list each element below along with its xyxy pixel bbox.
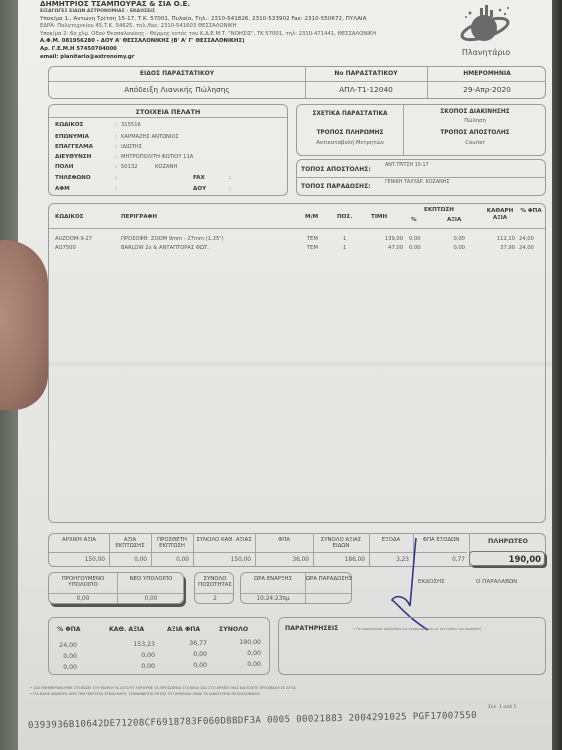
header-discount: ΕΚΠΤΩΣΗ — [409, 207, 469, 214]
header-price: ΤΙΜΗ — [371, 214, 387, 221]
item-qty: 1 — [343, 245, 346, 251]
delivery-time-label: ΩΡΑ ΠΑΡΑΔΟΣΗΣ — [305, 576, 353, 582]
customer-postcode-value: 50132 — [121, 164, 138, 170]
items-total-label: ΣΥΝΟΛΟ ΑΞΙΑΣ ΕΙΔΩΝ — [313, 537, 369, 550]
vat-pct: 24,00 — [53, 642, 77, 649]
customer-city-value: ΚΟΖΑΝΗ — [155, 164, 177, 170]
customer-title: ΣΤΟΙΧΕΙΑ ΠΕΛΑΤΗ — [49, 108, 287, 116]
item-vat-pct: 24,00 — [519, 245, 534, 251]
total-qty-label: ΣΥΝΟΛΟ ΠΟΣΟΤΗΤΑΣ — [195, 576, 235, 589]
purpose-value: Πώληση — [403, 118, 547, 124]
shipping-method-value: Courier — [403, 140, 547, 146]
new-balance-label: ΝΕΟ ΥΠΟΛΟΙΠΟ — [117, 576, 185, 582]
logo-text: Πλανητάριο — [446, 48, 526, 57]
payment-method-label: ΤΡΟΠΟΣ ΠΛΗΡΩΜΗΣ — [297, 130, 403, 136]
customer-phone-label: ΤΗΛΕΦΩΝΟ — [55, 175, 115, 181]
company-activity: ΕΙΣΑΓΩΓΕΣ ΕΙΔΩΝ ΑΣΤΡΟΝΟΜΙΑΣ - ΕΚΔΟΣΕΙΣ — [40, 8, 440, 16]
delivery-place-label: ΤΟΠΟΣ ΠΑΡΑΔΟΣΗΣ: — [301, 183, 371, 190]
vat-total: 0,00 — [215, 650, 261, 657]
header-unit: Μ/Μ — [305, 214, 318, 221]
header-code: ΚΩΔΙΚΟΣ — [55, 214, 83, 221]
item-description: ΠΡΟΣΟΦΘ. ZOOM 9mm - 27mm (1.25") — [121, 236, 224, 242]
item-description: BARLOW 2x & ΑΝΤΑΠΤΟΡΑΣ ΦΩΤ. — [121, 245, 209, 251]
header-qty: ΠΟΣ. — [337, 214, 352, 221]
company-email: email: planitario@astronomy.gr — [40, 54, 440, 62]
vat-summary-header-net: ΚΑΘ. ΑΞΙΑ — [109, 626, 144, 633]
discount-value: 0,00 — [109, 557, 147, 563]
payable-label: ΠΛΗΡΩΤΕΟ — [469, 538, 547, 544]
item-code: AUZOOM-9-27 — [55, 236, 92, 242]
vat-pct: 0,00 — [53, 653, 77, 660]
company-name: ΔΗΜΗΤΡΙΟΣ ΤΣΑΜΠΟΥΡΑΣ & ΣΙΑ Ο.Ε. — [40, 0, 440, 8]
net-total-label: ΣΥΝΟΛΟ ΚΑΘ. ΑΞΙΑΣ — [193, 537, 255, 543]
dispatch-place-value: ΑΝΤ.ΤΡΙΤΣΗ 15-17 — [385, 163, 429, 168]
item-price: 139,00 — [367, 236, 403, 242]
item-code: AO7500 — [55, 245, 76, 251]
document-number-value: ΑΠΛ-Τ1-12040 — [305, 85, 427, 94]
items-table: ΚΩΔΙΚΟΣ ΠΕΡΙΓΡΑΦΗ Μ/Μ ΠΟΣ. ΤΙΜΗ ΕΚΠΤΩΣΗ … — [48, 203, 546, 523]
start-time-label: ΩΡΑ ΕΝΑΡΞΗΣ — [241, 576, 305, 582]
receipt-paper: ΔΗΜΗΤΡΙΟΣ ΤΣΑΜΠΟΥΡΑΣ & ΣΙΑ Ο.Ε. ΕΙΣΑΓΩΓΕ… — [18, 0, 552, 750]
start-time-value: 10:24:23πμ — [241, 596, 305, 602]
total-qty-value: 2 — [195, 596, 235, 602]
customer-afm-label: ΑΦΜ — [55, 186, 115, 192]
item-net-value: 112,10 — [481, 236, 515, 242]
item-discount-pct: 0,00 — [409, 245, 421, 251]
customer-profession-value: ΙΔΙΩΤΗΣ — [121, 144, 142, 150]
item-vat-pct: 24,00 — [519, 236, 534, 242]
notes-title: ΠΑΡΑΤΗΡΗΣΕΙΣ — [285, 625, 338, 632]
shipping-method-label: ΤΡΟΠΟΣ ΑΠΟΣΤΟΛΗΣ — [403, 130, 547, 136]
document-info-box: ΕΙΔΟΣ ΠΑΡΑΣΤΑΤΙΚΟΥ Απόδειξη Λιανικής Πώλ… — [48, 66, 546, 99]
document-date-value: 29-Απρ-2020 — [427, 85, 547, 94]
item-unit: ΤΕΜ — [307, 236, 318, 242]
customer-code-label: ΚΩΔΙΚΟΣ — [55, 122, 115, 128]
customer-name-value: ΚΑΡΜΑΖΗΣ ΑΝΤΩΝΙΟΣ — [121, 134, 179, 140]
fiscal-signature-code: 0393936B10642DE71208CF6918783F060D8BDF3A… — [28, 710, 477, 731]
header-discount-pct: % — [411, 217, 417, 224]
vat-value: 36,00 — [255, 557, 309, 563]
notes-disclaimer: • Τα εμπορεύματα ταξιδεύουν για λογαριασ… — [353, 627, 481, 631]
related-docs-label: ΣΧΕΤΙΚΑ ΠΑΡΑΣΤΑΤΙΚΑ — [297, 111, 403, 117]
item-price: 47,00 — [367, 245, 403, 251]
customer-fax-label: FAX — [193, 175, 253, 181]
company-hq: ΕΔΡΑ: Πολυτεχνείου 45,Τ.Κ. 54625, τηλ./f… — [40, 23, 440, 31]
extra-discount-value: 0,00 — [151, 557, 189, 563]
planet-icon — [458, 2, 514, 48]
delivery-place-value: ΓΕΝΙΚΗ ΤΑΧΥΔΡ. ΚΟΖΑΝΗΣ — [385, 180, 449, 185]
balance-box: ΠΡΟΗΓΟΥΜΕΝΟ ΥΠΟΛΟΙΠΟ 0,00 ΝΕΟ ΥΠΟΛΟΙΠΟ 0… — [48, 572, 184, 604]
vat-net: 0,00 — [109, 663, 155, 670]
initial-value: 150,00 — [49, 557, 105, 563]
vat-total: 0,00 — [215, 661, 261, 668]
time-box: ΩΡΑ ΕΝΑΡΞΗΣ 10:24:23πμ ΩΡΑ ΠΑΡΑΔΟΣΗΣ — [240, 572, 352, 604]
company-header: ΔΗΜΗΤΡΙΟΣ ΤΣΑΜΠΟΥΡΑΣ & ΣΙΑ Ο.Ε. ΕΙΣΑΓΩΓΕ… — [40, 0, 440, 61]
customer-address-label: ΔΙΕΥΘΥΝΣΗ — [55, 154, 115, 160]
vat-label: ΦΠΑ — [255, 537, 313, 543]
customer-name-label: ΕΠΩΝΥΜΙΑ — [55, 134, 115, 140]
vat-pct: 0,00 — [53, 664, 77, 671]
footer-privacy-note: • ΣΑΣ ΕΝΗΜΕΡΩΝΟΥΜΕ ΟΤΙ ΒΑΣΕΙ ΤΟΥ ΝΟΜΟΥ Ν… — [30, 686, 296, 690]
item-discount-value: 0,00 — [439, 236, 465, 242]
customer-profession-label: ΕΠΑΓΓΕΛΜΑ — [55, 144, 115, 150]
header-vat-pct: % ΦΠΑ — [519, 208, 543, 215]
customer-city-label: ΠΟΛΗ — [55, 164, 115, 170]
document-date-label: ΗΜΕΡΟΜΗΝΙΑ — [427, 70, 547, 77]
vat-summary-box: % ΦΠΑ ΚΑΘ. ΑΞΙΑ ΑΞΙΑ ΦΠΑ ΣΥΝΟΛΟ 24,00 15… — [48, 617, 270, 675]
company-gemh: Αρ. Γ.Ε.Μ.Η 57450704000 — [40, 46, 440, 54]
customer-address-value: ΜΗΤΡΟΠΟΛΙΤΗ ΦΩΤΙΟΥ 11Α — [121, 154, 193, 160]
payment-method-value: Αντικαταβολή Μετρητών — [297, 140, 403, 146]
items-total-value: 186,00 — [313, 557, 365, 563]
vat-net: 153,23 — [109, 641, 155, 648]
document-number-label: No ΠΑΡΑΣΤΑΤΙΚΟΥ — [305, 70, 427, 77]
notes-box: ΠΑΡΑΤΗΡΗΣΕΙΣ • Τα εμπορεύματα ταξιδεύουν… — [278, 617, 546, 675]
receiver-signature-label: Ο ΠΑΡΑΛΑΒΩΝ — [476, 579, 517, 585]
company-logo: Πλανητάριο — [446, 2, 526, 64]
vat-amount: 0,00 — [161, 662, 207, 669]
initial-value-label: ΑΡΧΙΚΗ ΑΞΙΑ — [49, 537, 109, 543]
vat-amount: 36,77 — [161, 640, 207, 647]
customer-info-box: ΣΤΟΙΧΕΙΑ ΠΕΛΑΤΗ ΚΩΔΙΚΟΣ: 315516 ΕΠΩΝΥΜΙΑ… — [48, 104, 288, 196]
vat-net: 0,00 — [109, 652, 155, 659]
quantity-box: ΣΥΝΟΛΟ ΠΟΣΟΤΗΤΑΣ 2 — [194, 572, 234, 604]
totals-box: ΑΡΧΙΚΗ ΑΞΙΑ 150,00 ΑΞΙΑ ΕΚΠΤΩΣΗΣ 0,00 ΠΡ… — [48, 533, 546, 567]
places-box: ΤΟΠΟΣ ΑΠΟΣΤΟΛΗΣ: ΑΝΤ.ΤΡΙΤΣΗ 15-17 ΤΟΠΟΣ … — [296, 159, 546, 196]
vat-amount: 0,00 — [161, 651, 207, 658]
item-unit: ΤΕΜ — [307, 245, 318, 251]
thumb — [0, 240, 48, 410]
document-type-value: Απόδειξη Λιανικής Πώλησης — [49, 85, 305, 94]
payable-box: 190,00 — [469, 551, 545, 566]
dispatch-place-label: ΤΟΠΟΣ ΑΠΟΣΤΟΛΗΣ: — [301, 166, 371, 173]
purpose-label: ΣΚΟΠΟΣ ΔΙΑΚΙΝΗΣΗΣ — [403, 109, 547, 115]
discount-value-label: ΑΞΙΑ ΕΚΠΤΩΣΗΣ — [109, 537, 151, 550]
item-discount-value: 0,00 — [439, 245, 465, 251]
item-qty: 1 — [343, 236, 346, 242]
new-balance-value: 0,00 — [117, 596, 185, 602]
related-info-box: ΣΧΕΤΙΚΑ ΠΑΡΑΣΤΑΤΙΚΑ ΣΚΟΠΟΣ ΔΙΑΚΙΝΗΣΗΣ Πώ… — [296, 104, 546, 156]
previous-balance-label: ΠΡΟΗΓΟΥΜΕΝΟ ΥΠΟΛΟΙΠΟ — [49, 576, 117, 589]
net-total-value: 150,00 — [193, 557, 251, 563]
vat-total: 190,00 — [215, 639, 261, 646]
item-discount-pct: 0,00 — [409, 236, 421, 242]
customer-code-value: 315516 — [121, 122, 141, 128]
company-branch2: Υποκ/μα 2: 6ο χλμ. Οδού Θεσσαλονίκης - Θ… — [40, 31, 440, 39]
previous-balance-value: 0,00 — [49, 596, 117, 602]
header-discount-value: ΑΞΙΑ — [447, 217, 461, 224]
document-type-label: ΕΙΔΟΣ ΠΑΡΑΣΤΑΤΙΚΟΥ — [49, 70, 305, 77]
vat-summary-header-pct: % ΦΠΑ — [57, 626, 81, 633]
customer-doy-label: ΔΟΥ — [193, 186, 253, 192]
page-number: Σελ. 1 από 1 — [488, 705, 516, 710]
extra-discount-label: ΠΡΟΣΘΕΤΗ ΕΚΠΤΩΣΗ — [151, 537, 193, 550]
footer-jurisdiction-note: • ΓΙΑ ΚΑΘΕ ΔΙΑΦΟΡΑ ΑΠΟ ΤΗΝ ΠΑΡΟΥΣΑ ΣΥΝΑΛ… — [30, 692, 260, 696]
payable-value: 190,00 — [509, 554, 541, 564]
item-net-value: 37,90 — [481, 245, 515, 251]
company-tax: Α.Φ.Μ. 081956280 - ΔΟΥ Α' ΘΕΣΣΑΛΟΝΙΚΗΣ (… — [40, 38, 440, 46]
header-net-value: ΚΑΘΑΡΗ ΑΞΙΑ — [483, 208, 517, 222]
vat-summary-header-vat: ΑΞΙΑ ΦΠΑ — [167, 626, 200, 633]
vat-summary-header-total: ΣΥΝΟΛΟ — [219, 626, 248, 633]
header-description: ΠΕΡΙΓΡΑΦΗ — [121, 214, 157, 221]
